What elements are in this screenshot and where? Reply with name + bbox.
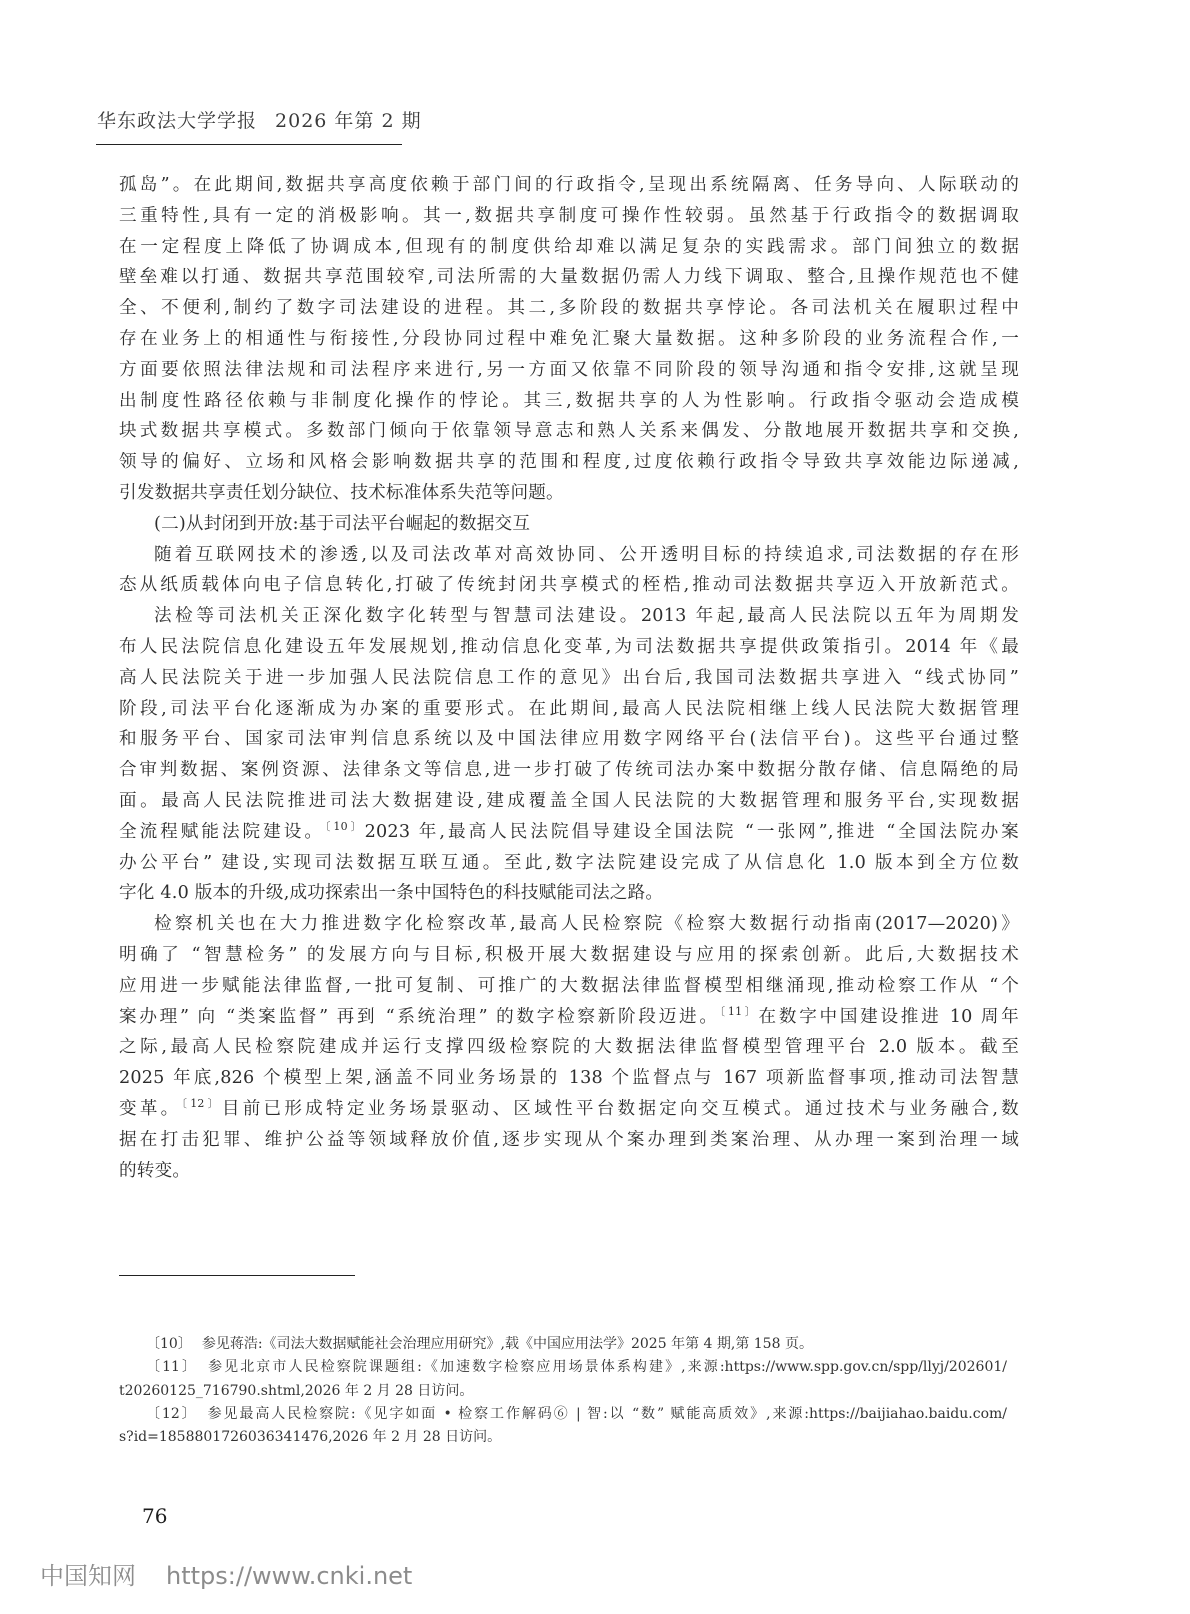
body-text: 案办理” 向 “类案监督” 再到 “系统治理” 的数字检察新阶段迈进。 xyxy=(119,1007,720,1027)
section-heading: (二)从封闭到开放:基于司法平台崛起的数据交互 xyxy=(119,509,1019,540)
body-line: 布人民法院信息化建设五年发展规划,推动信息化变革,为司法数据共享提供政策指引。2… xyxy=(119,632,1019,663)
footnote-text: 参见最高人民检察院:《见字如面 • 检察工作解码⑥ | 智:以 “数” 赋能高质… xyxy=(208,1406,1007,1422)
body-line: 块式数据共享模式。多数部门倾向于依靠领导意志和熟人关系来偶发、分散地展开数据共享… xyxy=(119,416,1019,447)
body-line: 引发数据共享责任划分缺位、技术标准体系失范等问题。 xyxy=(119,478,1019,509)
footnote-number: 〔10〕 xyxy=(146,1336,192,1352)
body-line: 明确了 “智慧检务” 的发展方向与目标,积极开展大数据建设与应用的探索创新。此后… xyxy=(119,940,1019,971)
footnotes: 〔10〕参见蒋浩:《司法大数据赋能社会治理应用研究》,载《中国应用法学》2025… xyxy=(119,1333,1007,1449)
body-line: 合审判数据、案例资源、法律条文等信息,进一步打破了传统司法办案中数据分散存储、信… xyxy=(119,755,1019,786)
body-line: 案办理” 向 “类案监督” 再到 “系统治理” 的数字检察新阶段迈进。〔11〕在… xyxy=(119,1002,1019,1033)
watermark: 中国知网https://www.cnki.net xyxy=(40,1556,412,1591)
body-line: 和服务平台、国家司法审判信息系统以及中国法律应用数字网络平台(法信平台)。这些平… xyxy=(119,724,1019,755)
body-line: 高人民法院关于进一步加强人民法院信息工作的意见》出台后,我国司法数据共享进入 “… xyxy=(119,663,1019,694)
footnote-text: 参见北京市人民检察院课题组:《加速数字检察应用场景体系构建》,来源:https:… xyxy=(208,1359,1007,1375)
body-text: 目前已形成特定业务场景驱动、区域性平台数据定向交互模式。通过技术与业务融合,数 xyxy=(222,1099,1019,1119)
footnote-ref-12[interactable]: 〔12〕 xyxy=(181,1097,221,1110)
body-line: 据在打击犯罪、维护公益等领域释放价值,逐步实现从个案办理到类案治理、从办理一案到… xyxy=(119,1125,1019,1156)
body-line: 面。最高人民法院推进司法大数据建设,建成覆盖全国人民法院的大数据管理和服务平台,… xyxy=(119,786,1019,817)
body-line: 应用进一步赋能法律监督,一批可复制、可推广的大数据法律监督模型相继涌现,推动检察… xyxy=(119,971,1019,1002)
body-line: 字化 4.0 版本的升级,成功探索出一条中国特色的科技赋能司法之路。 xyxy=(119,878,1019,909)
body-line: 方面要依照法律法规和司法程序来进行,另一方面又依靠不同阶段的领导沟通和指令安排,… xyxy=(119,355,1019,386)
footnote-number: 〔12〕 xyxy=(146,1406,198,1422)
body-text: 在数字中国建设推进 10 周年 xyxy=(759,1007,1019,1027)
running-head: 华东政法大学学报2026 年第 2 期 xyxy=(97,106,402,133)
body-text: 2023 年,最高人民法院倡导建设全国法院 “一张网”,推进 “全国法院办案 xyxy=(365,822,1019,842)
footnote-number: 〔11〕 xyxy=(146,1359,198,1375)
body-line: 办公平台” 建设,实现司法数据互联互通。至此,数字法院建设完成了从信息化 1.0… xyxy=(119,848,1019,879)
footnote-divider xyxy=(119,1275,355,1276)
body-line: 检察机关也在大力推进数字化检察改革,最高人民检察院《检察大数据行动指南(2017… xyxy=(119,909,1019,940)
body-line: 阶段,司法平台化逐渐成为办案的重要形式。在此期间,最高人民法院相继上线人民法院大… xyxy=(119,694,1019,725)
footnote-10: 〔10〕参见蒋浩:《司法大数据赋能社会治理应用研究》,载《中国应用法学》2025… xyxy=(119,1333,1007,1356)
issue-label: 2026 年第 2 期 xyxy=(275,110,422,132)
watermark-brand: 中国知网 xyxy=(40,1562,136,1590)
body-line: 态从纸质载体向电子信息转化,打破了传统封闭共享模式的桎梏,推动司法数据共享迈入开… xyxy=(119,570,1019,601)
body-line: 的转变。 xyxy=(119,1156,1019,1187)
body-line: 全、不便利,制约了数字司法建设的进程。其二,多阶段的数据共享悖论。各司法机关在履… xyxy=(119,293,1019,324)
footnote-12: 〔12〕参见最高人民检察院:《见字如面 • 检察工作解码⑥ | 智:以 “数” … xyxy=(119,1403,1007,1426)
body-line: 之际,最高人民检察院建成并运行支撑四级检察院的大数据法律监督模型管理平台 2.0… xyxy=(119,1032,1019,1063)
watermark-url: https://www.cnki.net xyxy=(166,1562,412,1590)
body-line: 壁垒难以打通、数据共享范围较窄,司法所需的大量数据仍需人力线下调取、整合,且操作… xyxy=(119,262,1019,293)
article-body: 孤岛”。在此期间,数据共享高度依赖于部门间的行政指令,呈现出系统隔离、任务导向、… xyxy=(119,170,1019,1186)
journal-title: 华东政法大学学报 xyxy=(97,110,257,132)
body-line: 孤岛”。在此期间,数据共享高度依赖于部门间的行政指令,呈现出系统隔离、任务导向、… xyxy=(119,170,1019,201)
header-divider xyxy=(96,144,402,145)
body-text: 全流程赋能法院建设。 xyxy=(119,822,325,842)
footnote-ref-10[interactable]: 〔10〕 xyxy=(325,820,365,833)
footnote-text: 参见蒋浩:《司法大数据赋能社会治理应用研究》,载《中国应用法学》2025 年第 … xyxy=(202,1336,813,1352)
body-line: 2025 年底,826 个模型上架,涵盖不同业务场景的 138 个监督点与 16… xyxy=(119,1063,1019,1094)
footnote-11-cont: t20260125_716790.shtml,2026 年 2 月 28 日访问… xyxy=(119,1380,1007,1403)
body-line: 领导的偏好、立场和风格会影响数据共享的范围和程度,过度依赖行政指令导致共享效能边… xyxy=(119,447,1019,478)
footnote-ref-11[interactable]: 〔11〕 xyxy=(720,1005,759,1018)
body-line: 在一定程度上降低了协调成本,但现有的制度供给却难以满足复杂的实践需求。部门间独立… xyxy=(119,232,1019,263)
body-line: 出制度性路径依赖与非制度化操作的悖论。其三,数据共享的人为性影响。行政指令驱动会… xyxy=(119,386,1019,417)
page-number: 76 xyxy=(142,1504,167,1528)
footnote-11: 〔11〕参见北京市人民检察院课题组:《加速数字检察应用场景体系构建》,来源:ht… xyxy=(119,1356,1007,1379)
body-line: 全流程赋能法院建设。〔10〕2023 年,最高人民法院倡导建设全国法院 “一张网… xyxy=(119,817,1019,848)
body-line: 随着互联网技术的渗透,以及司法改革对高效协同、公开透明目标的持续追求,司法数据的… xyxy=(119,540,1019,571)
body-line: 法检等司法机关正深化数字化转型与智慧司法建设。2013 年起,最高人民法院以五年… xyxy=(119,601,1019,632)
body-line: 变革。〔12〕目前已形成特定业务场景驱动、区域性平台数据定向交互模式。通过技术与… xyxy=(119,1094,1019,1125)
body-text: 变革。 xyxy=(119,1099,181,1119)
body-line: 存在业务上的相通性与衔接性,分段协同过程中难免汇聚大量数据。这种多阶段的业务流程… xyxy=(119,324,1019,355)
body-line: 三重特性,具有一定的消极影响。其一,数据共享制度可操作性较弱。虽然基于行政指令的… xyxy=(119,201,1019,232)
footnote-12-cont: s?id=1858801726036341476,2026 年 2 月 28 日… xyxy=(119,1426,1007,1449)
